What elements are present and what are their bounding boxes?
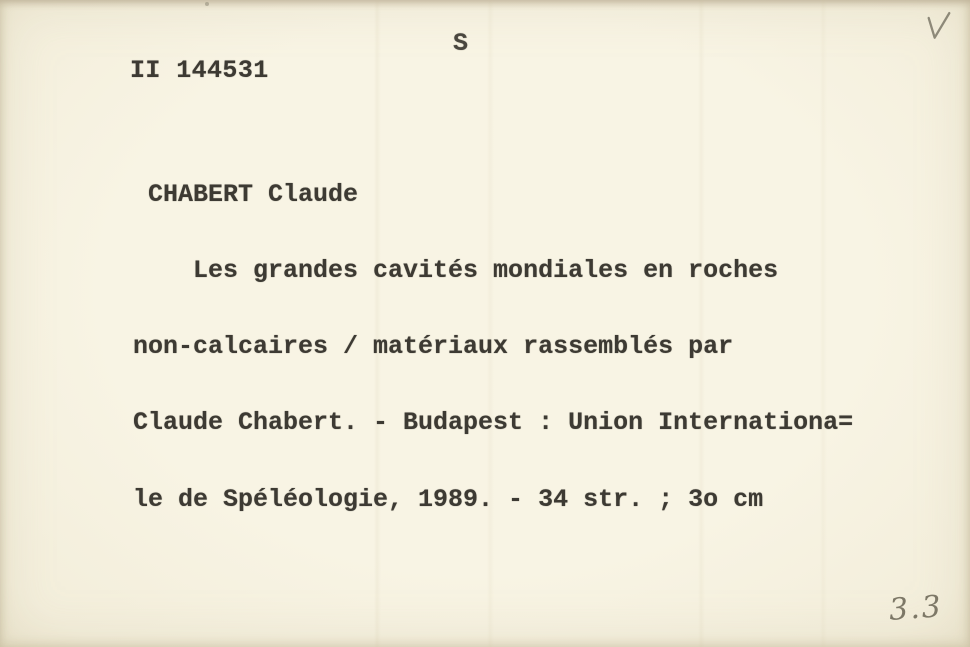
bibliographic-entry: CHABERT Claude Les grandes cavités mondi… (133, 131, 853, 563)
entry-line-author: CHABERT Claude (133, 182, 853, 207)
paper-speck (205, 2, 209, 6)
entry-line-title: Les grandes cavités mondiales en roches (133, 258, 853, 283)
heading-letter: S (453, 29, 468, 58)
entry-line: Claude Chabert. - Budapest : Union Inter… (133, 410, 853, 435)
entry-line: le de Spéléologie, 1989. - 34 str. ; 3o … (133, 487, 853, 512)
entry-line: non-calcaires / matériaux rassemblés par (133, 334, 853, 359)
call-number: II 144531 (130, 56, 269, 85)
pencil-number-annotation: 3.3 (888, 589, 944, 628)
checkmark-icon (923, 8, 952, 43)
catalog-card: S II 144531 CHABERT Claude Les grandes c… (0, 0, 970, 647)
